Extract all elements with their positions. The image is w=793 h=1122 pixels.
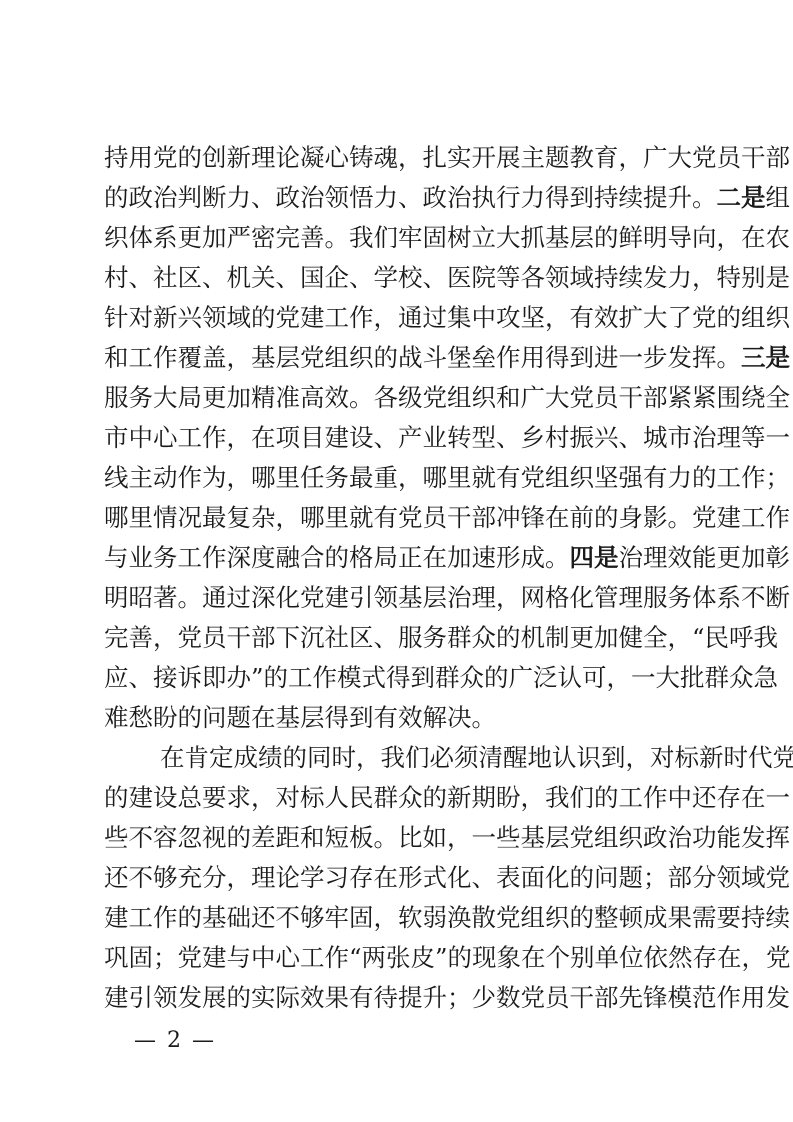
line-text: 治理效能更加彰 (619, 543, 791, 572)
text-line: 的建设总要求，对标人民群众的新期盼，我们的工作中还存在一 (104, 778, 694, 818)
text-line: 明昭著。通过深化党建引领基层治理，网格化管理服务体系不断 (104, 578, 694, 618)
line-text: 织体系更加严密完善。我们牢固树立大抓基层的鲜明导向，在农 (104, 223, 790, 252)
line-text: 应、接诉即办”的工作模式得到群众的广泛认可，一大批群众急 (104, 663, 778, 692)
text-line: 与业务工作深度融合的格局正在加速形成。四是治理效能更加彰 (104, 538, 694, 578)
text-line: 难愁盼的问题在基层得到有效解决。 (104, 698, 694, 738)
page-number: — 2 — (134, 1028, 216, 1053)
text-line: 村、社区、机关、国企、学校、医院等各领域持续发力，特别是 (104, 258, 694, 298)
line-text: 明昭著。通过深化党建引领基层治理，网格化管理服务体系不断 (104, 583, 790, 612)
text-line: 应、接诉即办”的工作模式得到群众的广泛认可，一大批群众急 (104, 658, 694, 698)
line-text: 巩固；党建与中心工作“两张皮”的现象在个别单位依然存在，党 (104, 943, 791, 972)
line-text: 市中心工作，在项目建设、产业转型、乡村振兴、城市治理等一 (104, 423, 790, 452)
line-text: 和工作覆盖，基层党组织的战斗堡垒作用得到进一步发挥。 (104, 343, 741, 372)
text-line: 服务大局更加精准高效。各级党组织和广大党员干部紧紧围绕全 (104, 378, 694, 418)
line-text: 村、社区、机关、国企、学校、医院等各领域持续发力，特别是 (104, 263, 790, 292)
line-text: 哪里情况最复杂，哪里就有党员干部冲锋在前的身影。党建工作 (104, 503, 790, 532)
bold-marker: 二是 (717, 183, 766, 212)
line-text: 建工作的基础还不够牢固，软弱涣散党组织的整顿成果需要持续 (104, 903, 790, 932)
line-text: 还不够充分，理论学习存在形式化、表面化的问题；部分领域党 (104, 863, 790, 892)
line-text: 服务大局更加精准高效。各级党组织和广大党员干部紧紧围绕全 (104, 383, 790, 412)
line-text: 难愁盼的问题在基层得到有效解决。 (104, 703, 496, 732)
line-text: 在肯定成绩的同时，我们必须清醒地认识到，对标新时代党 (160, 743, 793, 772)
text-line: 在肯定成绩的同时，我们必须清醒地认识到，对标新时代党 (104, 738, 694, 778)
bold-marker: 四是 (570, 543, 619, 572)
text-line: 持用党的创新理论凝心铸魂，扎实开展主题教育，广大党员干部 (104, 138, 694, 178)
line-text: 持用党的创新理论凝心铸魂，扎实开展主题教育，广大党员干部 (104, 143, 790, 172)
text-line: 织体系更加严密完善。我们牢固树立大抓基层的鲜明导向，在农 (104, 218, 694, 258)
text-line: 市中心工作，在项目建设、产业转型、乡村振兴、城市治理等一 (104, 418, 694, 458)
line-text: 完善，党员干部下沉社区、服务群众的机制更加健全，“民呼我 (104, 623, 778, 652)
text-line: 完善，党员干部下沉社区、服务群众的机制更加健全，“民呼我 (104, 618, 694, 658)
line-text: 线主动作为，哪里任务最重，哪里就有党组织坚强有力的工作； (104, 463, 790, 492)
line-text: 组 (766, 183, 791, 212)
text-line: 建工作的基础还不够牢固，软弱涣散党组织的整顿成果需要持续 (104, 898, 694, 938)
line-text: 建引领发展的实际效果有待提升；少数党员干部先锋模范作用发 (104, 983, 790, 1012)
text-line: 和工作覆盖，基层党组织的战斗堡垒作用得到进一步发挥。三是 (104, 338, 694, 378)
line-text: 针对新兴领域的党建工作，通过集中攻坚，有效扩大了党的组织 (104, 303, 790, 332)
document-page: 持用党的创新理论凝心铸魂，扎实开展主题教育，广大党员干部的政治判断力、政治领悟力… (0, 0, 793, 1122)
line-text: 的建设总要求，对标人民群众的新期盼，我们的工作中还存在一 (104, 783, 790, 812)
bold-marker: 三是 (741, 343, 790, 372)
text-line: 哪里情况最复杂，哪里就有党员干部冲锋在前的身影。党建工作 (104, 498, 694, 538)
text-line: 针对新兴领域的党建工作，通过集中攻坚，有效扩大了党的组织 (104, 298, 694, 338)
text-line: 些不容忽视的差距和短板。比如，一些基层党组织政治功能发挥 (104, 818, 694, 858)
text-line: 的政治判断力、政治领悟力、政治执行力得到持续提升。二是组 (104, 178, 694, 218)
text-line: 还不够充分，理论学习存在形式化、表面化的问题；部分领域党 (104, 858, 694, 898)
text-line: 巩固；党建与中心工作“两张皮”的现象在个别单位依然存在，党 (104, 938, 694, 978)
line-text: 的政治判断力、政治领悟力、政治执行力得到持续提升。 (104, 183, 717, 212)
text-line: 线主动作为，哪里任务最重，哪里就有党组织坚强有力的工作； (104, 458, 694, 498)
line-text: 与业务工作深度融合的格局正在加速形成。 (104, 543, 570, 572)
body-text: 持用党的创新理论凝心铸魂，扎实开展主题教育，广大党员干部的政治判断力、政治领悟力… (104, 138, 694, 1018)
text-line: 建引领发展的实际效果有待提升；少数党员干部先锋模范作用发 (104, 978, 694, 1018)
line-text: 些不容忽视的差距和短板。比如，一些基层党组织政治功能发挥 (104, 823, 790, 852)
